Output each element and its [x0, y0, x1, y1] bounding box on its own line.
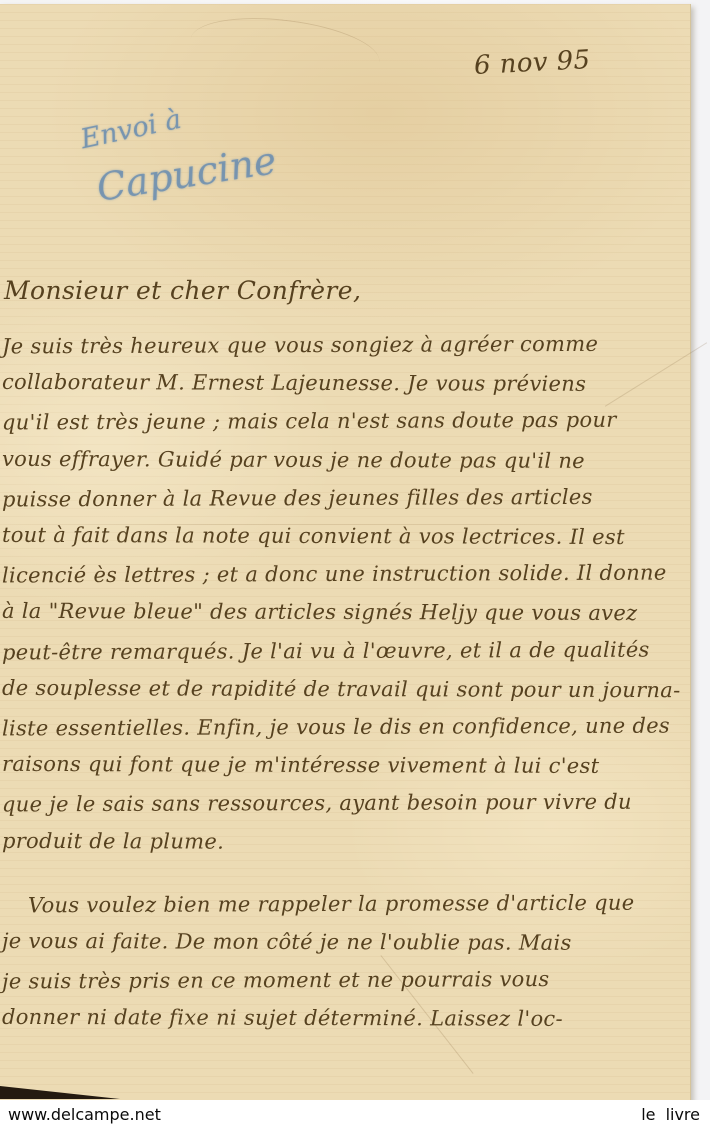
crease-mark: [187, 9, 383, 93]
letter-line: à la "Revue bleue" des articles signés H…: [2, 592, 662, 633]
letter-line: je suis très pris en ce moment et ne pou…: [2, 960, 662, 1001]
letter-line: Vous voulez bien me rappeler la promesse…: [2, 883, 662, 924]
letter-paragraph-2: Vous voulez bien me rappeler la promesse…: [2, 885, 662, 1038]
watermark-category-label: le livre: [641, 1100, 700, 1130]
blue-pencil-annotation-line1: Envoi à: [78, 104, 184, 156]
watermark-bar: www.delcampe.net le livre: [0, 1100, 710, 1132]
letter-line: tout à fait dans la note qui convient à …: [2, 516, 662, 557]
letter-line: peut-être remarqués. Je l'ai vu à l'œuvr…: [2, 630, 662, 671]
scanned-letter-photo: 6 nov 95 Envoi à Capucine Monsieur et ch…: [0, 0, 710, 1132]
letter-paper: 6 nov 95 Envoi à Capucine Monsieur et ch…: [0, 4, 691, 1102]
letter-salutation: Monsieur et cher Confrère,: [4, 276, 361, 305]
letter-line: liste essentielles. Enfin, je vous le di…: [2, 707, 662, 748]
letter-line: je vous ai faite. De mon côté je ne l'ou…: [2, 922, 662, 963]
letter-line: que je le sais sans ressources, ayant be…: [2, 783, 662, 824]
letter-line: de souplesse et de rapidité de travail q…: [2, 669, 662, 710]
letter-date: 6 nov 95: [473, 45, 591, 81]
letter-line: puisse donner à la Revue des jeunes fill…: [2, 477, 662, 518]
letter-line: vous effrayer. Guidé par vous je ne dout…: [2, 439, 662, 480]
letter-paragraph-1: Je suis très heureux que vous songiez à …: [2, 326, 662, 861]
letter-line: produit de la plume.: [2, 821, 662, 862]
letter-line: licencié ès lettres ; et a donc une inst…: [2, 554, 662, 595]
blue-pencil-annotation-line2: Capucine: [94, 138, 280, 210]
letter-line: donner ni date fixe ni sujet déterminé. …: [2, 998, 662, 1039]
letter-line: raisons qui font que je m'intéresse vive…: [2, 745, 662, 786]
letter-line: Je suis très heureux que vous songiez à …: [2, 325, 662, 366]
letter-line: collaborateur M. Ernest Lajeunesse. Je v…: [2, 363, 662, 404]
watermark-site-label: www.delcampe.net: [8, 1100, 161, 1130]
letter-line: qu'il est très jeune ; mais cela n'est s…: [2, 401, 662, 442]
letter-body: Je suis très heureux que vous songiez à …: [2, 326, 662, 1038]
